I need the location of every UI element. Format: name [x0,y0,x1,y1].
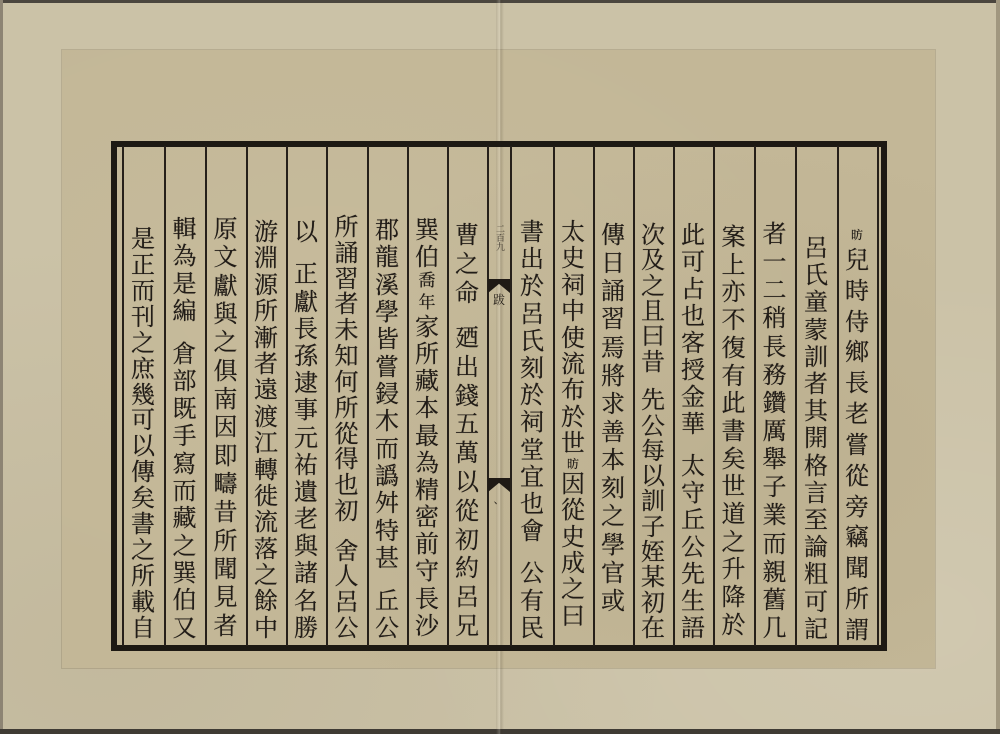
character: 嘗 [375,355,399,379]
character: 客 [681,331,705,355]
character: 使 [561,326,585,350]
character: 漸 [254,326,278,350]
character: 矣 [722,447,746,471]
character: 甚 [375,546,399,570]
character: 喬 [419,272,436,290]
character: 丘 [375,589,399,613]
character: 也 [681,304,705,328]
character: 精 [415,478,439,502]
character: 以 [455,470,479,494]
character: 餘 [254,589,278,613]
character: 源 [254,273,278,297]
character: 也 [520,492,544,516]
character: 誦 [335,241,359,265]
character: 編 [173,299,197,323]
character: 淵 [254,246,278,270]
character: 為 [415,451,439,475]
character: 巽 [415,218,439,242]
character: 格 [804,454,828,478]
scan-edge-right [996,0,1000,734]
text-column-left-5: 以 正獻長孫逮事元祐遺老與諸名勝 [286,220,326,640]
character: 親 [763,560,787,584]
character: 而 [763,532,787,556]
character: 鑽 [763,391,787,415]
character: 所 [335,215,359,239]
character: 長 [415,587,439,611]
character: 曰 [561,604,585,628]
honorific-space [294,247,318,259]
character: 此 [722,391,746,415]
character: 兒 [845,248,869,272]
character: 寫 [173,452,197,476]
character: 輯 [173,217,197,241]
character: 長 [763,335,787,359]
character: 降 [722,585,746,609]
character: 初 [641,591,665,615]
character: 自 [131,616,155,640]
character: 子 [763,475,787,499]
character: 可 [131,408,155,432]
character: 出 [455,355,479,379]
character: 鋟 [375,382,399,406]
character: 學 [375,300,399,324]
character: 升 [722,557,746,581]
character: 萬 [455,441,479,465]
text-column-right-8: 太史祠中使流布於世 昉 因從史成之曰 [553,220,593,628]
character: 而 [375,437,399,461]
character: 舍 [335,539,359,563]
character: 特 [375,519,399,543]
character: 以 [131,434,155,458]
character: 見 [214,585,238,609]
leaf-number: 二百九 [491,220,507,254]
character: 巽 [173,561,197,585]
character: 太 [681,454,705,478]
character: 郡 [375,218,399,242]
character: 民 [520,616,544,640]
character: 事 [294,398,318,422]
character: 童 [804,290,828,314]
text-column-right-1: 昉 兒時侍鄉長老嘗從旁竊聞所謂 [837,229,877,642]
character: 於 [722,613,746,637]
character: 先 [641,388,665,412]
character: 出 [520,247,544,271]
character: 幾 [131,383,155,407]
character: 公 [375,616,399,640]
character: 可 [681,250,705,274]
character: 傳 [131,460,155,484]
character: 訓 [804,345,828,369]
character: 華 [681,412,705,436]
character: 所 [415,342,439,366]
character: 也 [335,473,359,497]
character: 諸 [294,561,318,585]
text-column-left-7: 原文獻與之俱南因即疇昔所聞見者 [205,217,246,638]
character: 徙 [254,484,278,508]
character: 可 [804,590,828,614]
character: 氏 [804,263,828,287]
character: 者 [763,222,787,246]
section-label: 跋 [488,293,510,307]
character: 以 [294,220,318,244]
character: 於 [520,274,544,298]
character: 從 [845,464,869,488]
character: 氏 [520,329,544,353]
character: 長 [845,371,869,395]
character: 因 [561,472,585,496]
character: 之 [173,534,197,558]
character: 初 [335,499,359,523]
character: 布 [561,378,585,402]
character: 藏 [173,506,197,530]
character: 會 [520,519,544,543]
character: 刊 [131,305,155,329]
character: 次 [641,223,665,247]
character: 復 [722,336,746,360]
character: 祐 [294,453,318,477]
character: 不 [722,308,746,332]
text-column-left-4: 所誦習者未知何所從得也初 舍人呂公 [326,215,367,640]
character: 從 [455,499,479,523]
character: 渡 [254,405,278,429]
character: 祠 [561,273,585,297]
character: 二 [763,278,787,302]
character: 姪 [641,540,665,564]
character: 落 [254,537,278,561]
character: 公 [681,535,705,559]
character: 所 [845,587,869,611]
character: 昔 [641,350,665,374]
character: 原 [214,217,238,241]
character: 何 [335,370,359,394]
character: 矣 [131,486,155,510]
character: 而 [173,479,197,503]
character: 厲 [763,419,787,443]
character: 授 [681,358,705,382]
character: 舉 [763,447,787,471]
character: 之 [601,504,625,528]
character: 本 [415,396,439,420]
text-column-right-5: 此可占也客授金華 太守丘公先生語 [673,223,713,640]
text-column-right-7: 傳日誦習焉將求善本刻之學官或 [593,223,633,613]
character: 約 [455,556,479,580]
honorific-space [375,573,399,585]
character: 呂 [335,590,359,614]
character: 沙 [415,614,439,638]
character: 遠 [254,378,278,402]
character: 又 [173,616,197,640]
text-column-left-2: 巽伯 喬年 家所藏本最為精密前守長沙 [407,218,447,638]
character: 者 [254,352,278,376]
character: 之 [214,330,238,354]
character: 開 [804,426,828,450]
character: 成 [561,551,585,575]
character: 之 [254,563,278,587]
character: 竊 [845,525,869,549]
character: 言 [804,481,828,505]
text-column-right-9: 書出於呂氏刻於祠堂宜也會 公有民 [511,220,553,640]
character: 伯 [173,588,197,612]
character: 年 [419,294,436,312]
character: 既 [173,397,197,421]
character: 昔 [214,500,238,524]
character: 將 [601,364,625,388]
character: 呂 [804,236,828,260]
character: 丘 [681,508,705,532]
character: 倉 [173,342,197,366]
character: 焉 [601,336,625,360]
character: 世 [561,431,585,455]
character: 游 [254,220,278,244]
character: 所 [254,299,278,323]
character: 有 [520,589,544,613]
character: 或 [601,589,625,613]
inner-frame-line [877,146,879,646]
character: 所 [131,564,155,588]
character: 及 [641,248,665,272]
character: 未 [335,318,359,342]
character: 長 [294,317,318,341]
character: 孫 [294,344,318,368]
character: 記 [804,617,828,641]
character: 聞 [845,556,869,580]
character: 以 [641,464,665,488]
character: 習 [601,307,625,331]
character: 宜 [520,465,544,489]
honorific-space [455,309,479,321]
character: 獻 [294,290,318,314]
character: 聞 [214,557,238,581]
character: 之 [455,252,479,276]
character: 旁 [845,495,869,519]
character: 人 [335,564,359,588]
character: 者 [804,372,828,396]
honorific-space [173,327,197,339]
character: 書 [722,419,746,443]
character: 史 [561,525,585,549]
character: 因 [214,415,238,439]
character: 南 [214,387,238,411]
character: 是 [173,272,197,296]
character: 五 [455,412,479,436]
character: 勝 [294,616,318,640]
character: 文 [214,245,238,269]
character: 鄉 [845,340,869,364]
character: 木 [375,409,399,433]
character: 老 [294,507,318,531]
character: 之 [131,331,155,355]
character: 此 [681,223,705,247]
character: 轉 [254,458,278,482]
character: 且 [641,299,665,323]
character: 公 [641,414,665,438]
character: 伯 [415,245,439,269]
character: 有 [722,364,746,388]
character: 元 [294,426,318,450]
character: 舛 [375,491,399,515]
character: 中 [561,299,585,323]
text-column-left-8: 輯為是編 倉部既手寫而藏之巽伯又 [164,217,205,640]
character: 求 [601,392,625,416]
character: 善 [601,420,625,444]
text-column-left-3: 郡龍溪學皆嘗鋟木而譌舛特甚 丘公 [367,218,407,640]
character: 疇 [214,472,238,496]
character: 密 [415,505,439,529]
character: 祠 [520,410,544,434]
character: 世 [722,474,746,498]
character: 上 [722,253,746,277]
character: 誦 [601,279,625,303]
character: 譌 [375,464,399,488]
character: 獻 [214,274,238,298]
character: 昉 [851,229,863,241]
character: 守 [681,481,705,505]
character: 庶 [131,357,155,381]
character: 傳 [601,223,625,247]
character: 本 [601,448,625,472]
character: 知 [335,344,359,368]
character: 刻 [601,476,625,500]
character: 生 [681,589,705,613]
character: 家 [415,315,439,339]
character: 者 [214,614,238,638]
character: 部 [173,369,197,393]
character: 命 [455,281,479,305]
text-column-right-3: 者一二稍長務鑽厲舉子業而親舊几 [754,222,795,640]
character: 道 [722,502,746,526]
center-strip-rule [487,146,489,646]
character: 曹 [455,223,479,247]
character: 得 [335,447,359,471]
character: 於 [520,383,544,407]
character: 皆 [375,327,399,351]
character: 是 [131,227,155,251]
character: 史 [561,246,585,270]
character: 謂 [845,618,869,642]
character: 在 [641,616,665,640]
honorific-space [520,546,544,558]
character: 曰 [641,324,665,348]
character: 書 [131,512,155,536]
character: 最 [415,424,439,448]
character: 者 [335,292,359,316]
character: 侍 [845,310,869,334]
character: 蒙 [804,318,828,342]
text-column-right-4: 案上亦不復有此書矣世道之升降於 [713,225,754,637]
character: 官 [601,561,625,585]
scan-edge-left [0,0,3,734]
character: 先 [681,562,705,586]
character: 之 [641,274,665,298]
character: 於 [561,405,585,429]
character: 初 [455,528,479,552]
character: 載 [131,590,155,614]
character: 一 [763,250,787,274]
character: 務 [763,363,787,387]
character: 即 [214,444,238,468]
character: 流 [561,352,585,376]
text-column-left-6: 游淵源所漸者遠渡江轉徙流落之餘中 [246,220,286,640]
character: 從 [561,498,585,522]
honorific-space [681,439,705,451]
character: 錢 [455,384,479,408]
character: 呂 [455,585,479,609]
character: 其 [804,399,828,423]
character: 案 [722,225,746,249]
character: 公 [520,561,544,585]
character: 之 [561,577,585,601]
character: 江 [254,431,278,455]
character: 子 [641,515,665,539]
character: 正 [294,262,318,286]
character: 遺 [294,480,318,504]
text-column-left-9: 是正而刊之庶幾可以傳矣書之所載自 [122,227,164,640]
character: 昉 [567,458,579,470]
character: 几 [763,616,787,640]
character: 占 [681,277,705,301]
text-column-right-2: 呂氏童蒙訓者其開格言至論粗可記 [795,236,837,641]
character: 金 [681,385,705,409]
character: 語 [681,616,705,640]
character: 從 [335,422,359,446]
character: 逮 [294,371,318,395]
character: 藏 [415,369,439,393]
character: 流 [254,510,278,534]
character: 業 [763,503,787,527]
text-column-right-6: 次及之且曰昔 先公每以訓子姪某初在 [633,223,673,640]
character: 公 [335,616,359,640]
character: 訓 [641,489,665,513]
character: 與 [294,534,318,558]
character: 書 [520,220,544,244]
character: 某 [641,565,665,589]
honorific-space [641,375,665,387]
character: 之 [131,538,155,562]
character: 每 [641,439,665,463]
character: 論 [804,535,828,559]
character: 之 [722,530,746,554]
character: 與 [214,302,238,326]
character: 習 [335,267,359,291]
character: 俱 [214,359,238,383]
character: 至 [804,508,828,532]
character: 為 [173,244,197,268]
character: 刻 [520,356,544,380]
character: 正 [131,253,155,277]
character: 粗 [804,562,828,586]
character: 日 [601,251,625,275]
character: 舊 [763,588,787,612]
character: 太 [561,220,585,244]
character: 而 [131,279,155,303]
character: 嘗 [845,433,869,457]
character: 所 [335,396,359,420]
character: 老 [845,402,869,426]
character: 學 [601,533,625,557]
character: 手 [173,424,197,448]
character: 時 [845,279,869,303]
character: 前 [415,532,439,556]
character: 龍 [375,245,399,269]
character: 廼 [455,326,479,350]
character: 名 [294,589,318,613]
character: 稍 [763,306,787,330]
character: 呂 [520,302,544,326]
character: 亦 [722,280,746,304]
character: 溪 [375,273,399,297]
character: 中 [254,616,278,640]
text-column-left-1: 曹之命 廼出錢五萬以從初約呂兄 [447,223,487,638]
